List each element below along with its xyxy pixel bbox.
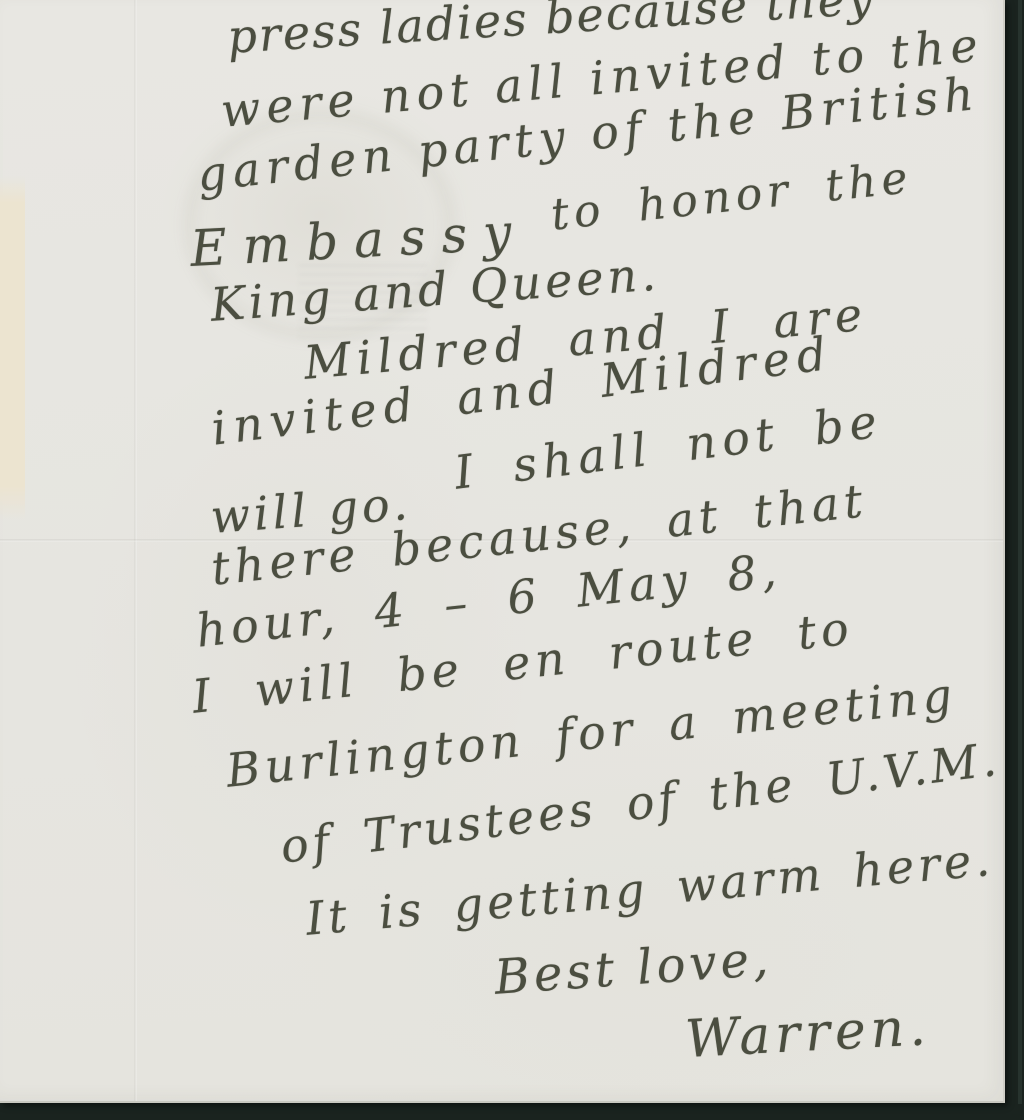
signature-line: Warren. — [684, 1001, 932, 1066]
letter-page: press ladies because they were not all i… — [0, 0, 1005, 1103]
closing-line: Best love, — [493, 935, 774, 1002]
adjacent-page-edge — [0, 176, 25, 520]
vertical-fold-crease — [134, 0, 137, 1101]
mat-edge-highlight — [1018, 0, 1022, 1104]
scan-mat-backdrop: { "letter": { "kind": "handwritten-lette… — [0, 0, 1024, 1120]
handwriting-line: to honor the — [549, 156, 915, 238]
